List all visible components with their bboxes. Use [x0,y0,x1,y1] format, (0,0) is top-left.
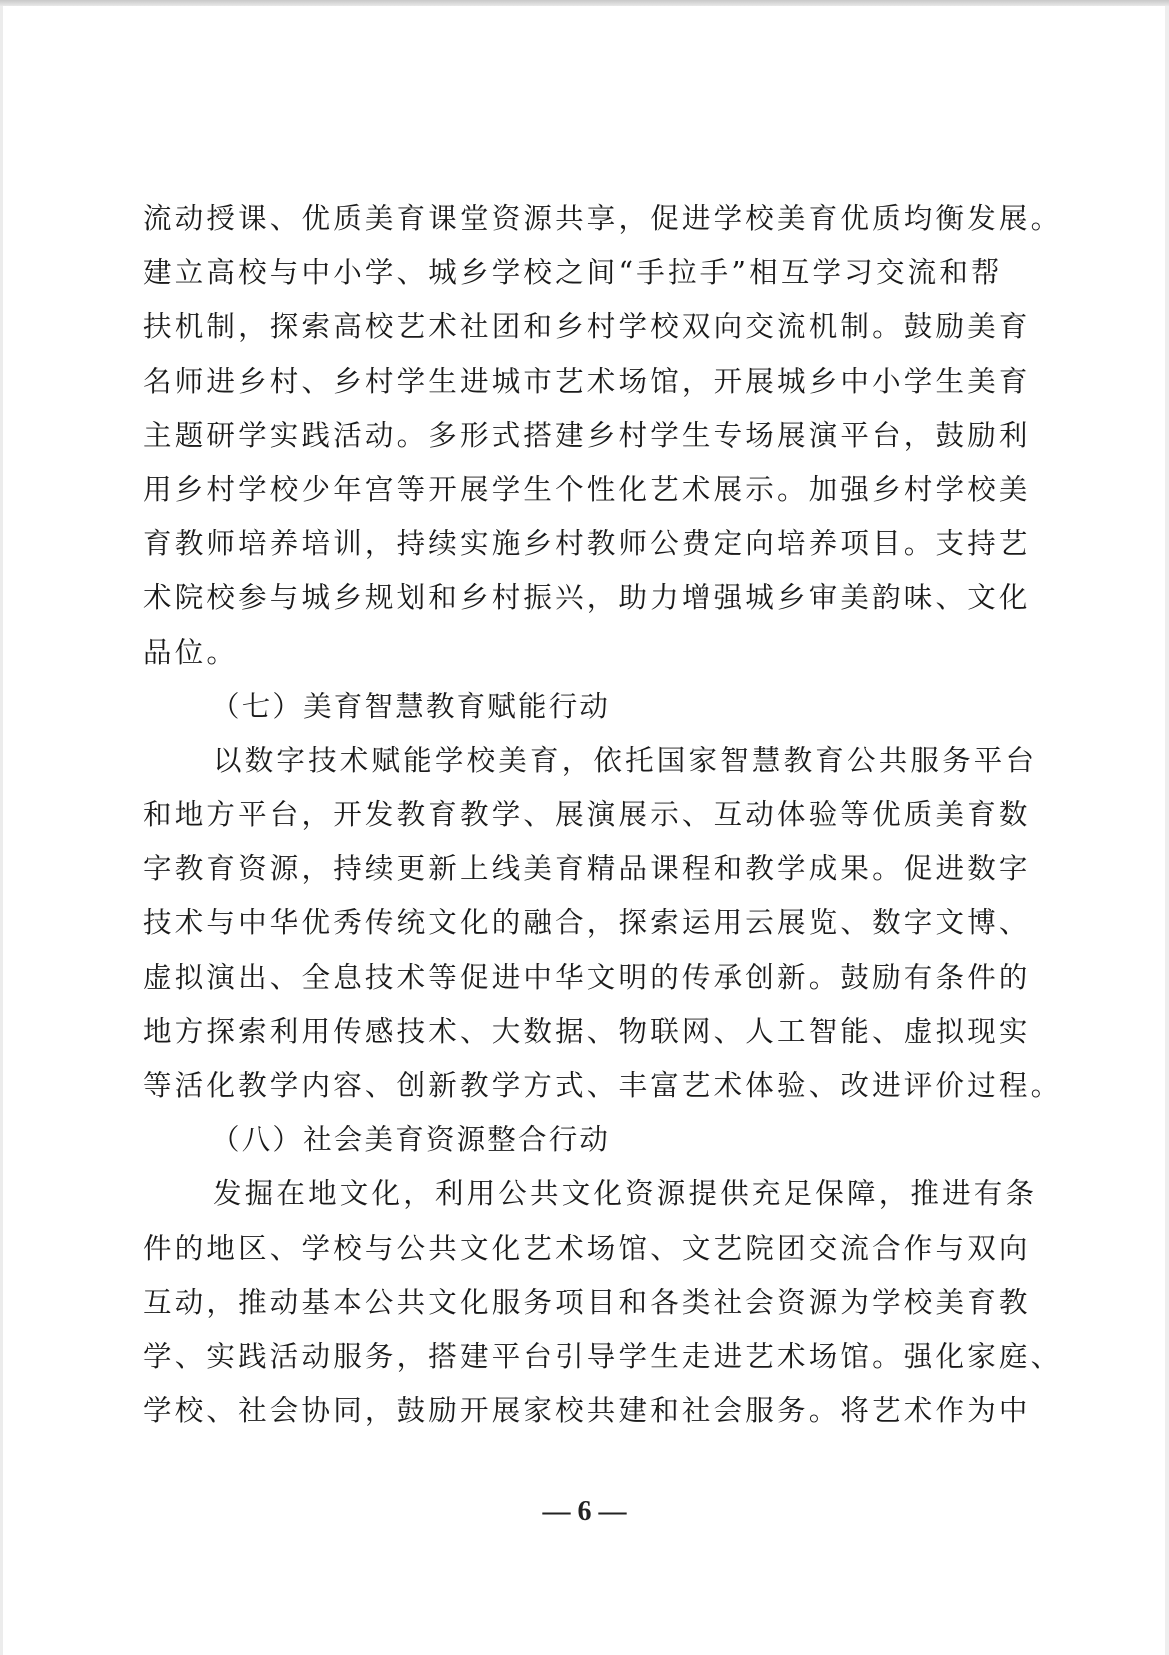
text-line: 流动授课、优质美育课堂资源共享，促进学校美育优质均衡发展。 [143,192,1023,246]
text-line: 主题研学实践活动。多形式搭建乡村学生专场展演平台，鼓励利 [143,409,1023,463]
text-line: 技术与中华优秀传统文化的融合，探索运用云展览、数字文博、 [143,896,1023,950]
paragraph-section-7: 以数字技术赋能学校美育，依托国家智慧教育公共服务平台 和地方平台，开发教育教学、… [143,734,1023,1113]
text-line: 用乡村学校少年宫等开展学生个性化艺术展示。加强乡村学校美 [143,463,1023,517]
text-line: 地方探索利用传感技术、大数据、物联网、人工智能、虚拟现实 [143,1005,1023,1059]
paragraph-section-8: 发掘在地文化，利用公共文化资源提供充足保障，推进有条 件的地区、学校与公共文化艺… [143,1167,1023,1438]
text-line: 名师进乡村、乡村学生进城市艺术场馆，开展城乡中小学生美育 [143,355,1023,409]
text-line: 等活化教学内容、创新教学方式、丰富艺术体验、改进评价过程。 [143,1059,1023,1113]
scan-right-edge [1165,6,1169,1655]
text-line: 件的地区、学校与公共文化艺术场馆、文艺院团交流合作与双向 [143,1222,1023,1276]
text-line: 扶机制，探索高校艺术社团和乡村学校双向交流机制。鼓励美育 [143,300,1023,354]
text-line: 品位。 [143,626,1023,680]
text-line: 以数字技术赋能学校美育，依托国家智慧教育公共服务平台 [143,734,1023,788]
text-line: 建立高校与中小学、城乡学校之间“手拉手”相互学习交流和帮 [143,246,1023,300]
text-line: 学、实践活动服务，搭建平台引导学生走进艺术场馆。强化家庭、 [143,1330,1023,1384]
text-line: 字教育资源，持续更新上线美育精品课程和教学成果。促进数字 [143,842,1023,896]
document-page: 流动授课、优质美育课堂资源共享，促进学校美育优质均衡发展。 建立高校与中小学、城… [143,192,1023,1438]
text-line: 术院校参与城乡规划和乡村振兴，助力增强城乡审美韵味、文化 [143,571,1023,625]
page-number: — 6 — [0,1496,1169,1528]
text-line: 和地方平台，开发教育教学、展演展示、互动体验等优质美育数 [143,788,1023,842]
scan-left-edge [0,6,3,1655]
text-line: 互动，推动基本公共文化服务项目和各类社会资源为学校美育教 [143,1276,1023,1330]
text-line: 虚拟演出、全息技术等促进中华文明的传承创新。鼓励有条件的 [143,951,1023,1005]
text-line: 育教师培养培训，持续实施乡村教师公费定向培养项目。支持艺 [143,517,1023,571]
section-heading-7: （七）美育智慧教育赋能行动 [143,680,1023,734]
scan-top-edge [0,0,1169,6]
section-heading-8: （八）社会美育资源整合行动 [143,1113,1023,1167]
text-line: 发掘在地文化，利用公共文化资源提供充足保障，推进有条 [143,1167,1023,1221]
paragraph-continuation: 流动授课、优质美育课堂资源共享，促进学校美育优质均衡发展。 建立高校与中小学、城… [143,192,1023,680]
text-line: 学校、社会协同，鼓励开展家校共建和社会服务。将艺术作为中 [143,1384,1023,1438]
